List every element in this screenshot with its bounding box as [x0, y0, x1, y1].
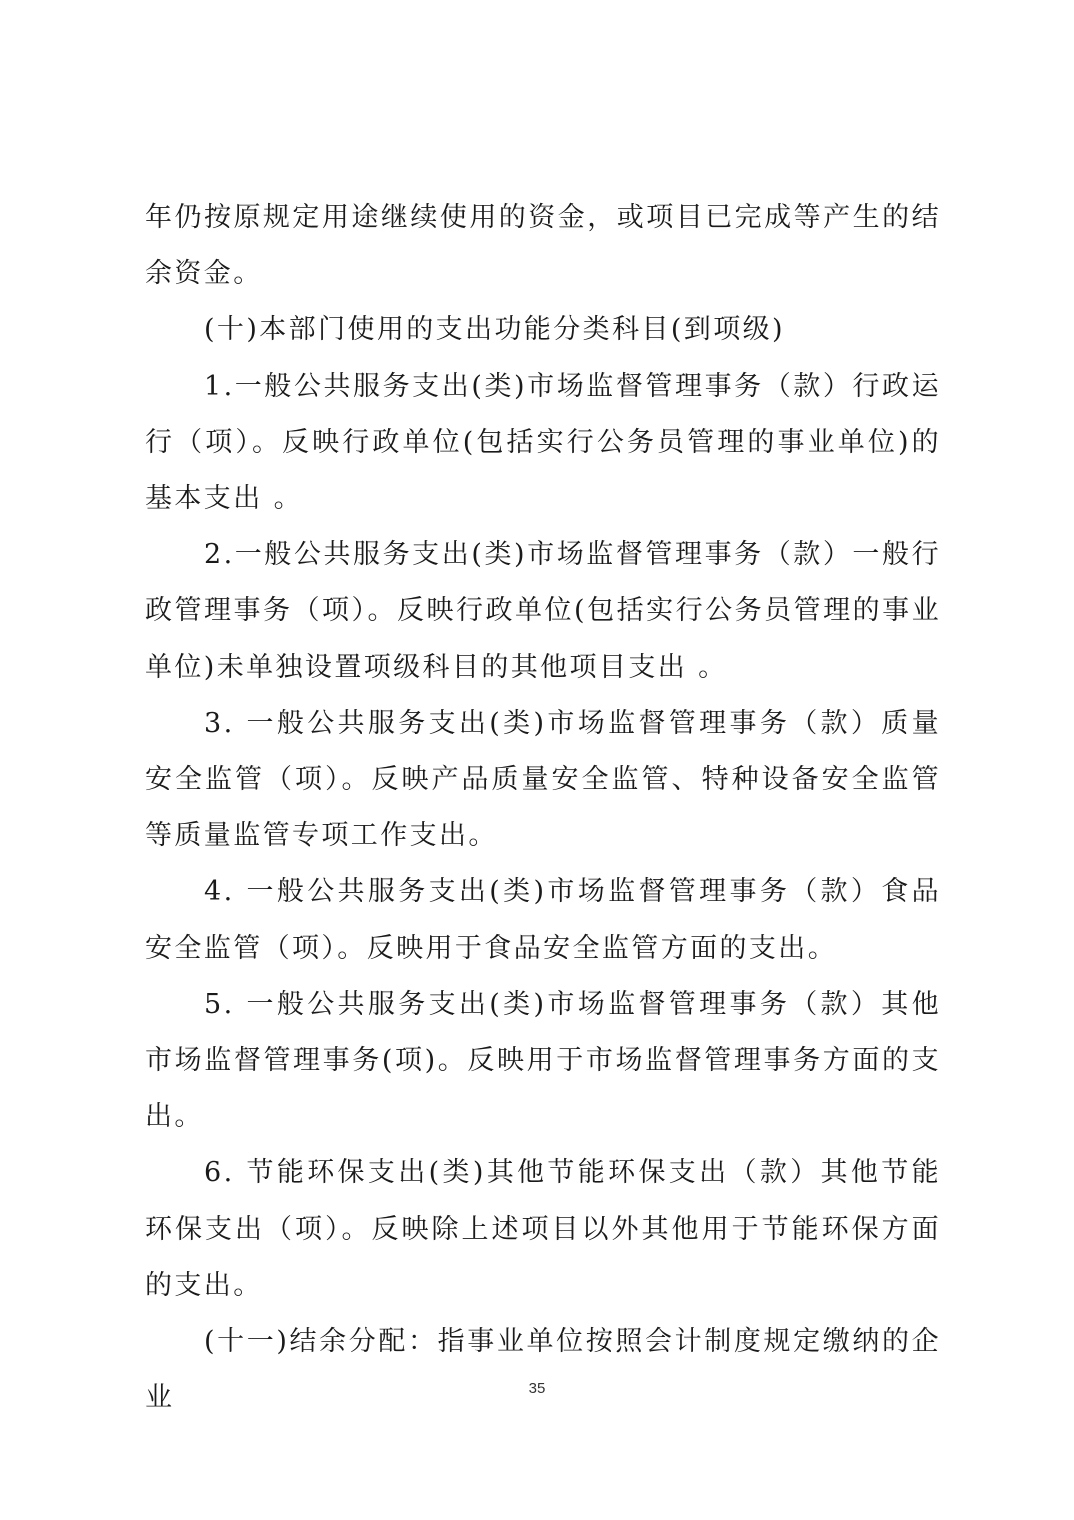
list-item-5: 5. 一般公共服务支出(类)市场监督管理事务（款）其他市场监督管理事务(项)。反…: [145, 977, 941, 1146]
list-item-6: 6. 节能环保支出(类)其他节能环保支出（款）其他节能环保支出（项）。反映除上述…: [145, 1145, 941, 1314]
list-item-2: 2.一般公共服务支出(类)市场监督管理事务（款）一般行政管理事务（项）。反映行政…: [145, 527, 941, 696]
paragraph-carryover: 年仍按原规定用途继续使用的资金，或项目已完成等产生的结余资金。: [145, 190, 941, 302]
section-heading-10: (十)本部门使用的支出功能分类科目(到项级): [145, 302, 941, 358]
document-page: 年仍按原规定用途继续使用的资金，或项目已完成等产生的结余资金。 (十)本部门使用…: [145, 190, 941, 1426]
list-item-4: 4. 一般公共服务支出(类)市场监督管理事务（款）食品安全监管（项）。反映用于食…: [145, 864, 941, 976]
list-item-3: 3. 一般公共服务支出(类)市场监督管理事务（款）质量安全监管（项）。反映产品质…: [145, 696, 941, 865]
section-heading-11: (十一)结余分配：指事业单位按照会计制度规定缴纳的企业: [145, 1314, 941, 1426]
page-number: 35: [0, 1380, 1074, 1397]
list-item-1: 1.一般公共服务支出(类)市场监督管理事务（款）行政运行（项）。反映行政单位(包…: [145, 359, 941, 528]
